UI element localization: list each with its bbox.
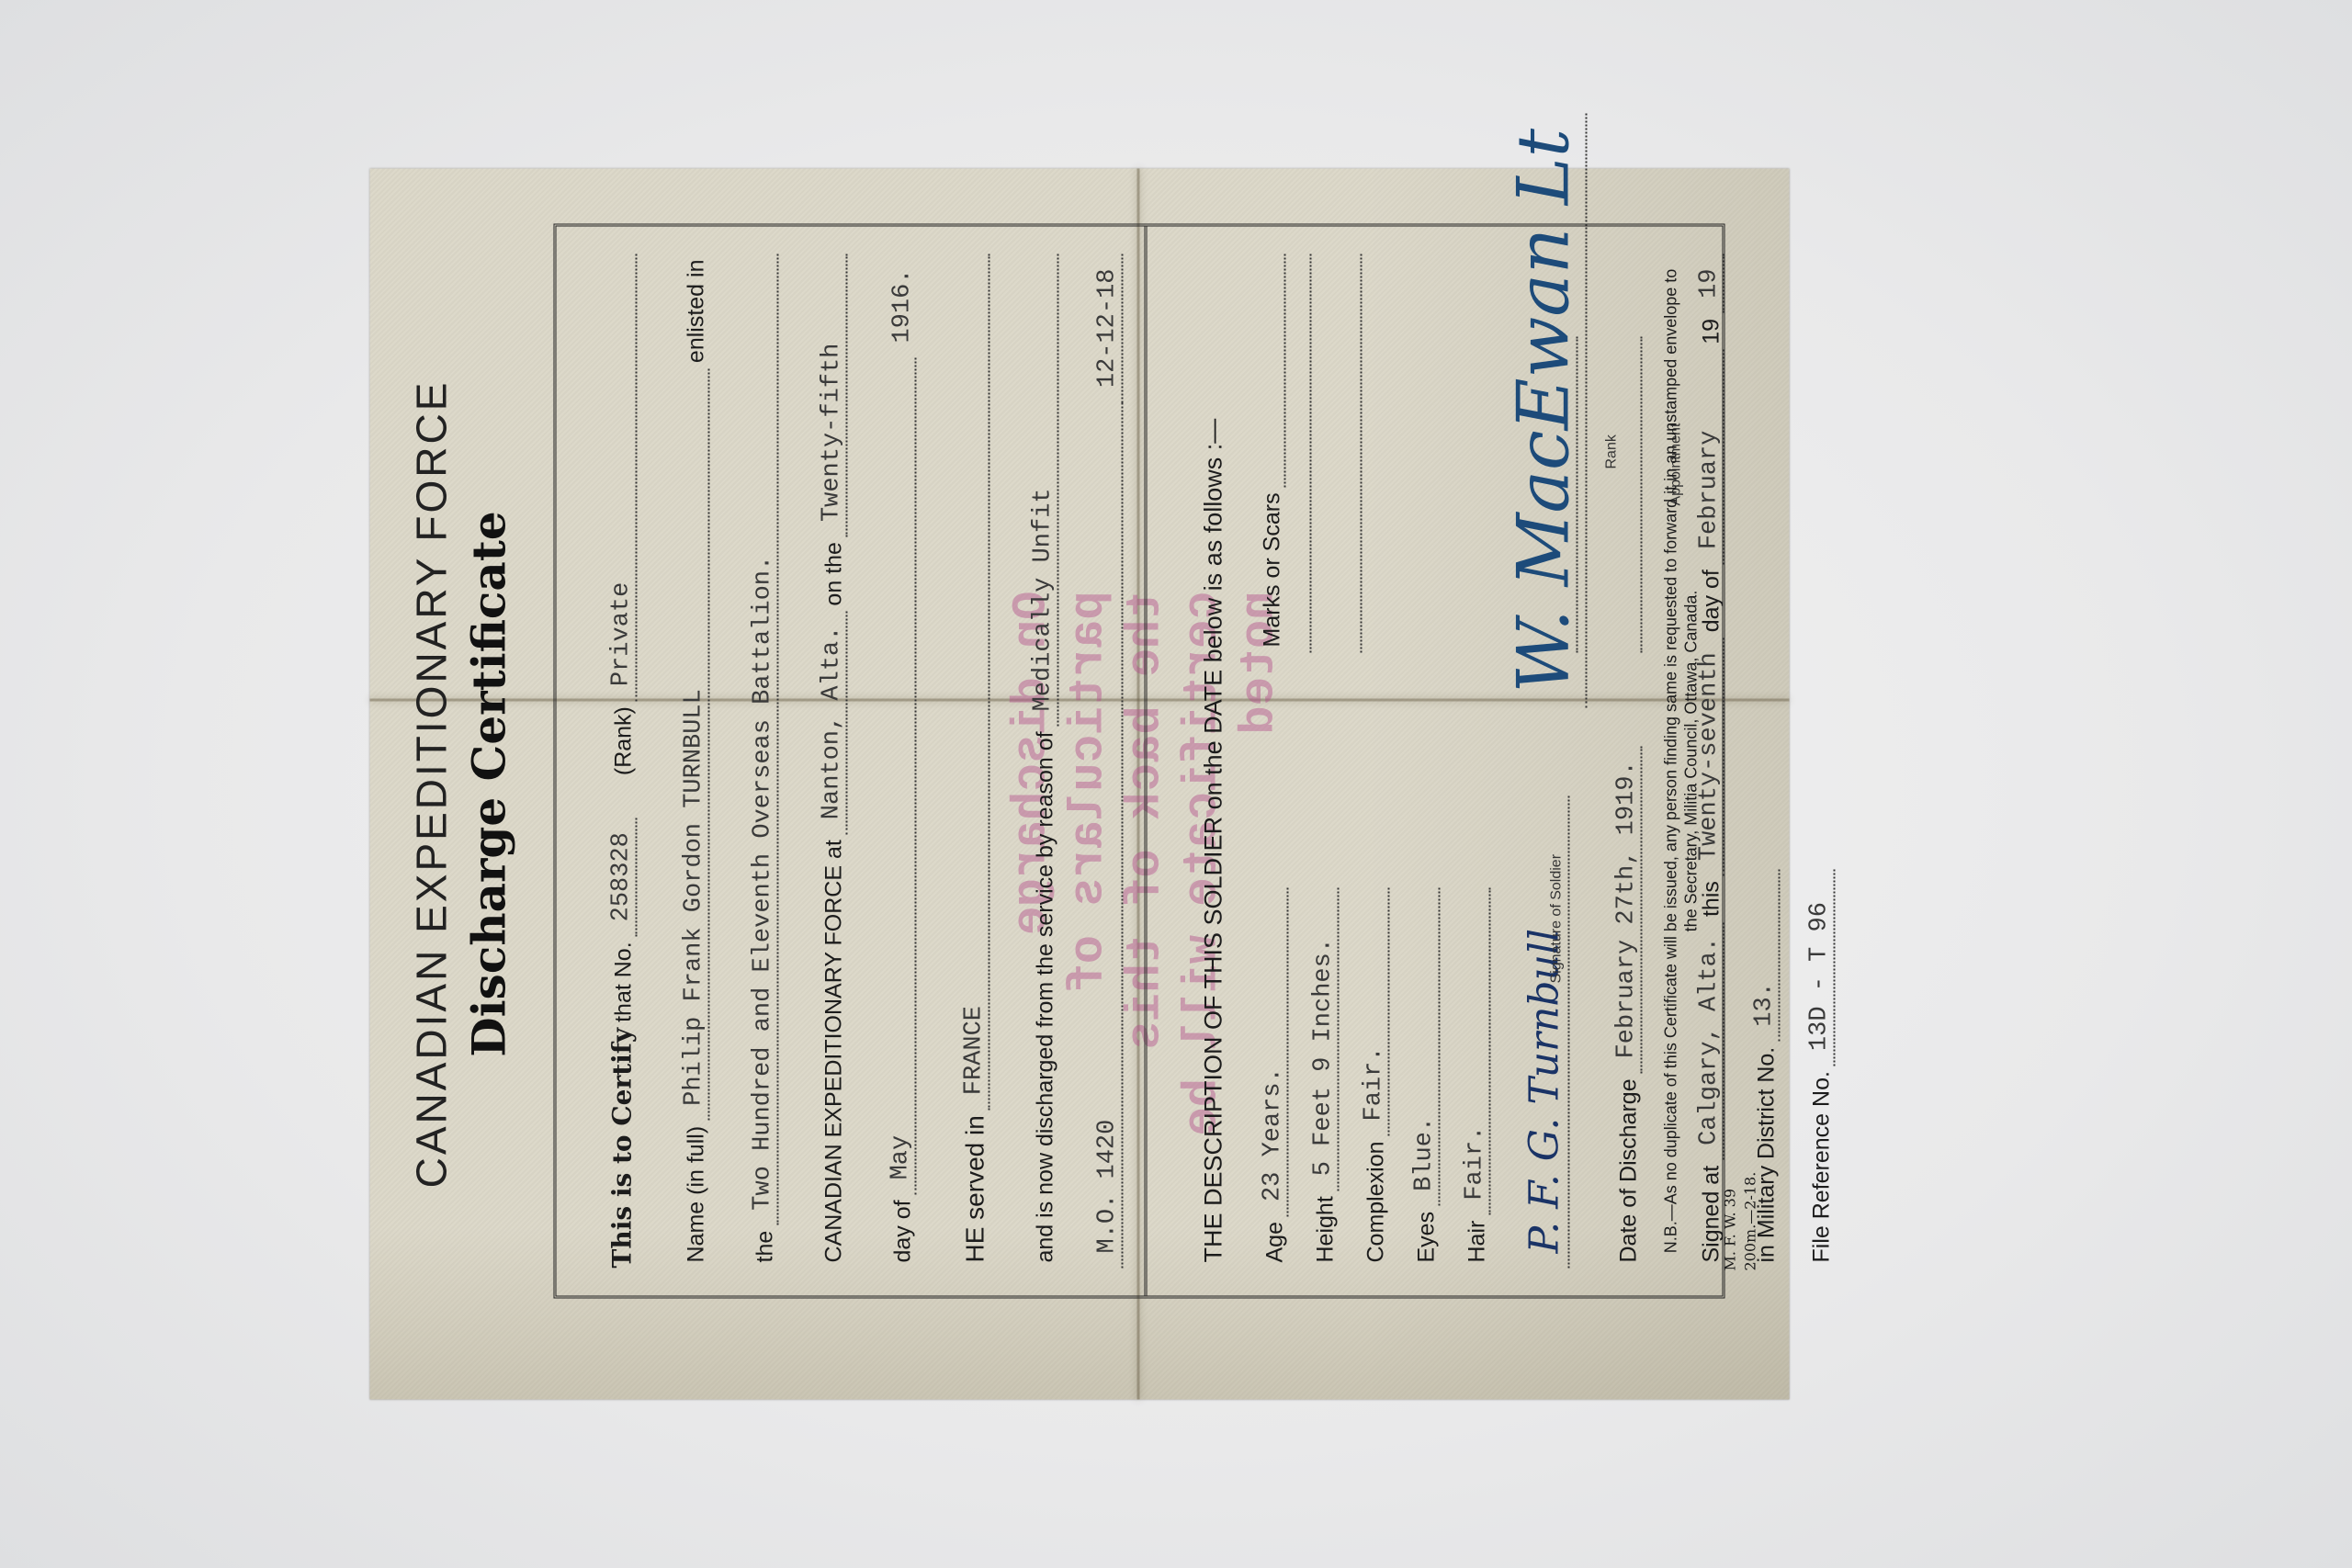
description-heading: THE DESCRIPTION OF THIS SOLDIER on the D… [1200,254,1228,1269]
enlistment-day: Twenty-fifth [819,254,848,537]
certify-line: This is to Certify that No. 258328 (Rank… [607,254,638,1269]
officer-signature-line: W. MacEwan Lt [1503,254,1588,708]
marks-line [1361,254,1363,653]
discharge-reason-line: and is now discharged from the service b… [1030,254,1059,1269]
service-line: HE served in FRANCE [961,254,990,1269]
military-district: 13. [1751,870,1781,1042]
unit-value: Two Hundred and Eleventh Overseas Battal… [750,254,779,1225]
nb-note: N.B.—As no duplicate of this Certificate… [1661,261,1702,1262]
form-code: M. F. W. 39 200m.—2-18. [1721,1172,1761,1271]
discharge-certificate: On discharge particulars of the back of … [370,169,1790,1400]
officer-appointment-line [1641,337,1643,653]
discharge-authority: M.O. 1420 [1094,402,1124,1268]
file-reference-line: File Reference No. 13D - T 96 [1806,870,1836,1269]
description-eyes: Eyes Blue. [1411,888,1441,1269]
file-reference: 13D - T 96 [1806,870,1836,1066]
certificate-frame: This is to Certify that No. 258328 (Rank… [554,224,1725,1299]
certificate-title: Discharge Certificate [462,169,516,1400]
name-line: Name (in full) Philip Frank Gordon TURNB… [681,254,710,1269]
enlistment-line: CANADIAN EXPEDITIONARY FORCE at Nanton, … [819,254,848,1269]
discharge-authority-date: 12-12-18 [1094,254,1124,403]
officer-signature: W. MacEwan Lt [1503,114,1588,708]
certificate-header: CANADIAN EXPEDITIONARY FORCE Discharge C… [407,169,516,1400]
description-hair: Hair Fair. [1462,888,1491,1269]
soldier-name: Philip Frank Gordon TURNBULL [681,368,710,1121]
regimental-number: 258328 [608,818,638,936]
description-height: Height 5 Feet 9 Inches. [1310,888,1340,1269]
officer-rank-line [1577,337,1578,653]
soldier-signature-caption: Signature of Soldier [1549,796,1566,984]
section-divider [1145,227,1148,1296]
marks-or-scars: Marks or Scars [1260,254,1286,653]
rank-value: Private [608,254,638,702]
description-age: Age 23 Years. [1260,888,1289,1269]
enlistment-year: 1916. [889,254,917,358]
discharge-date-line: Date of Discharge February 27th, 1919. [1613,870,1643,1269]
service-country: FRANCE [961,254,990,1111]
discharge-authority-line: M.O. 1420 12-12-18 [1094,254,1124,1269]
force-heading: CANADIAN EXPEDITIONARY FORCE [407,169,457,1400]
enlistment-date-line: day of May 1916. [888,254,917,1269]
discharge-date: February 27th, 1919. [1613,746,1643,1073]
description-complexion: Complexion Fair. [1361,888,1390,1269]
marks-line [1310,254,1312,653]
discharge-reason: Medically Unfit [1030,254,1059,727]
enlistment-place: Nanton, Alta. [819,612,848,835]
rank-caption: Rank [1604,254,1621,469]
unit-line: the Two Hundred and Eleventh Overseas Ba… [750,254,779,1269]
enlistment-month: May [888,358,917,1195]
